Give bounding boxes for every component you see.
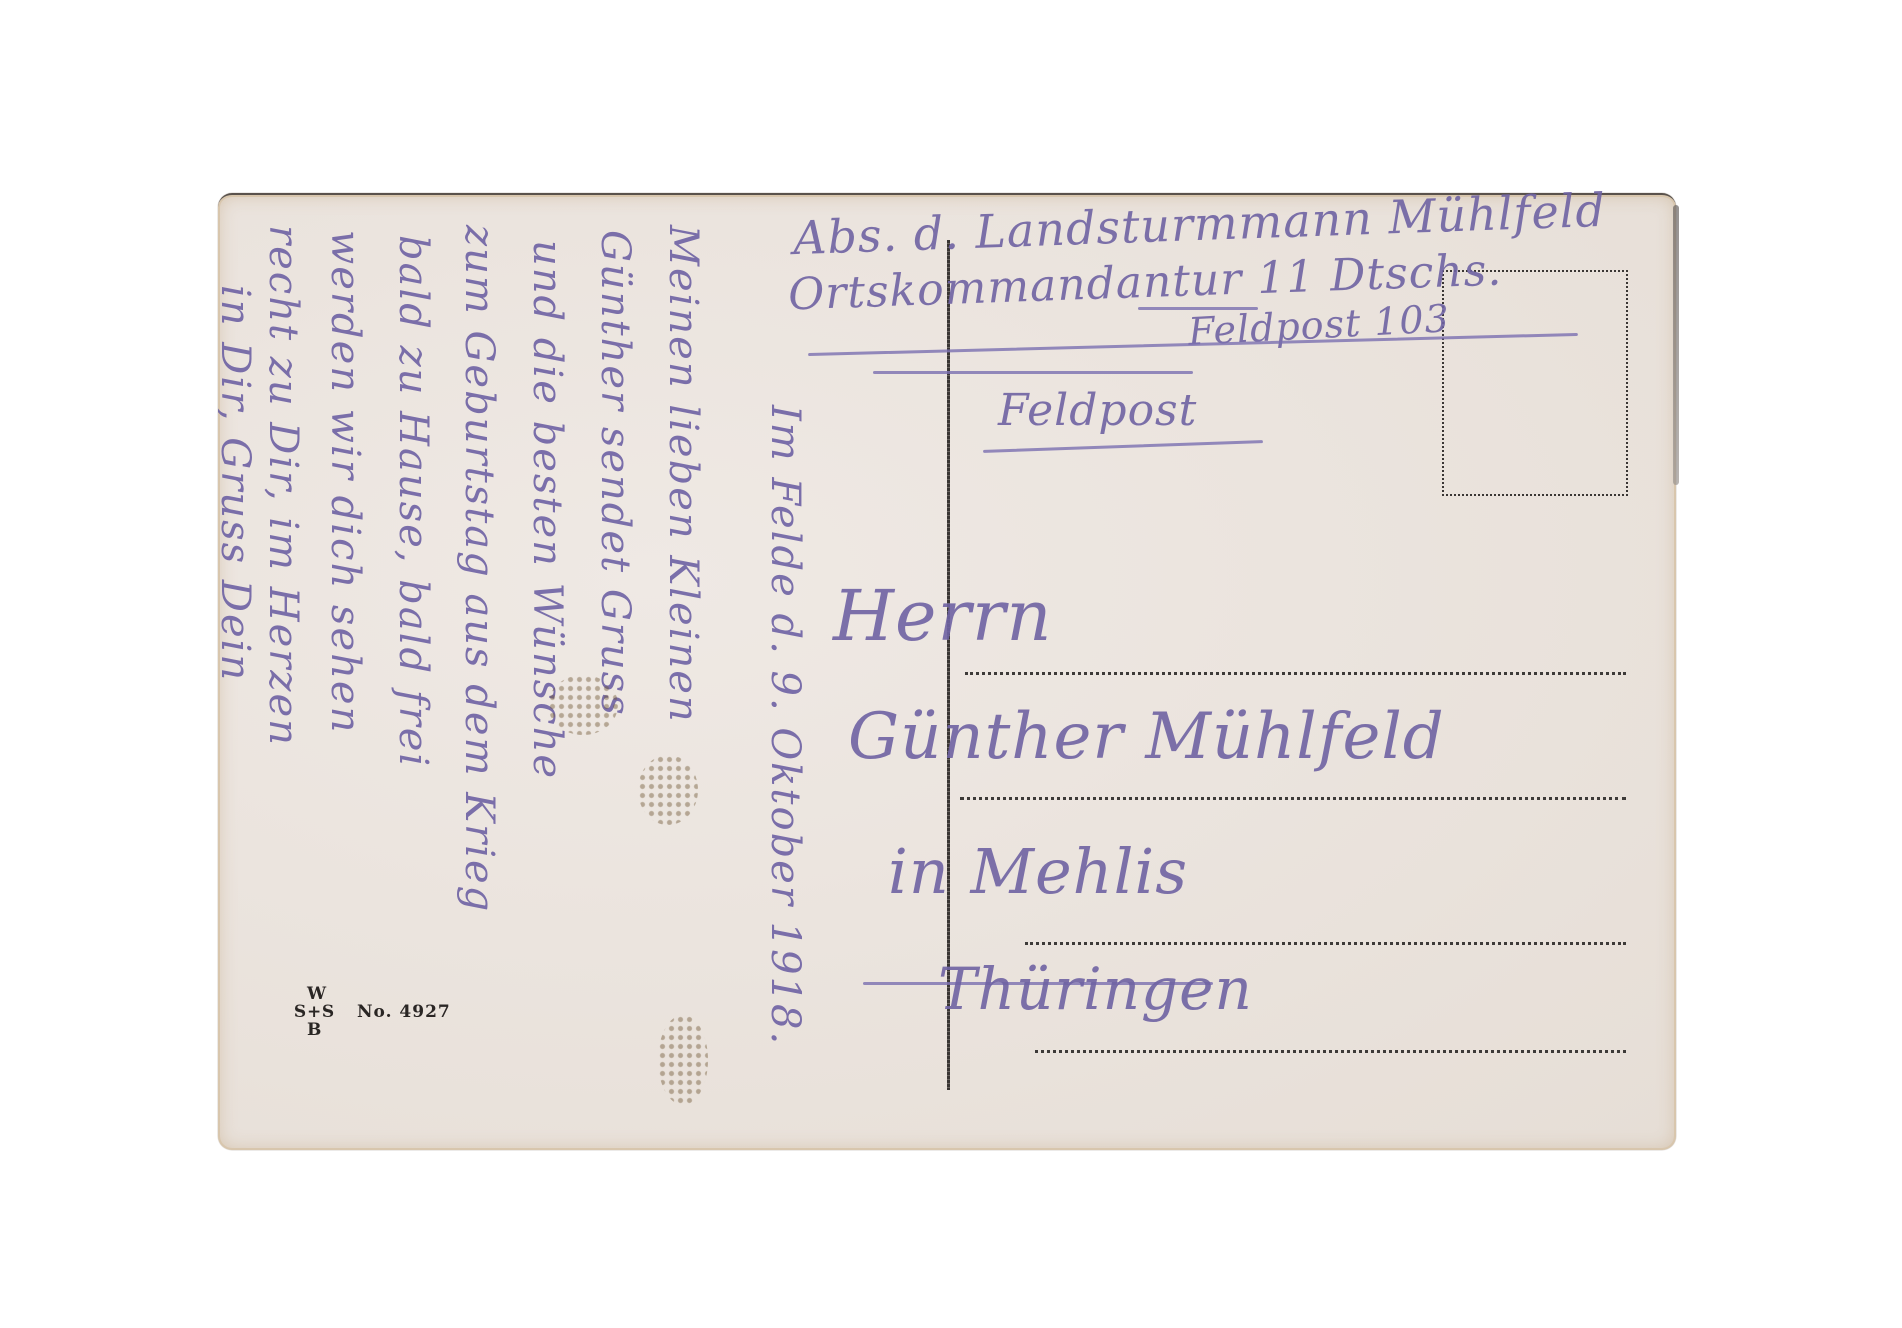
publisher-mark: W S+S B No. 4927	[293, 985, 451, 1039]
foxing-stain	[658, 1015, 708, 1105]
message-date-line: Im Felde d. 9. Oktober 1918.	[762, 405, 808, 1046]
message-line: bald zu Hause, bald frei	[390, 235, 436, 768]
logo-letter: S	[293, 1003, 307, 1021]
recipient-salutation: Herrn	[833, 575, 1052, 657]
recipient-name: Günther Mühlfeld	[848, 700, 1445, 774]
logo-letter: W	[307, 985, 321, 1003]
message-line: recht zu Dir, im Herzen	[260, 225, 306, 747]
message-line: in Dir, Gruss Dein	[218, 285, 258, 682]
foxing-stain	[548, 675, 618, 735]
feldpost-marking: Feldpost	[998, 385, 1197, 436]
foxing-stain	[638, 755, 698, 825]
logo-letter: S	[321, 1003, 335, 1021]
pen-stroke	[1138, 307, 1258, 310]
message-line: zum Geburtstag aus dem Krieg	[456, 225, 502, 913]
catalog-number: No. 4927	[357, 1002, 451, 1022]
stamp-box	[1442, 270, 1628, 496]
message-line: Günther sendet Gruss	[592, 230, 638, 717]
address-line-3	[1025, 942, 1626, 945]
message-line: werden wir dich sehen	[322, 230, 368, 734]
logo-letter: B	[307, 1021, 321, 1039]
recipient-region: Thüringen	[938, 955, 1253, 1023]
address-line-1	[965, 672, 1626, 675]
postcard: Im Felde d. 9. Oktober 1918. Meinen lieb…	[218, 193, 1676, 1150]
message-line: Meinen lieben Kleinen	[660, 225, 706, 724]
address-line-2	[960, 797, 1626, 800]
recipient-place: in Mehlis	[888, 835, 1188, 908]
cross-icon: +	[307, 1003, 321, 1021]
publisher-logo: W S+S B	[293, 985, 335, 1039]
feldpost-underline	[983, 440, 1263, 453]
address-line-4	[1035, 1050, 1626, 1053]
pen-stroke	[873, 371, 1193, 374]
